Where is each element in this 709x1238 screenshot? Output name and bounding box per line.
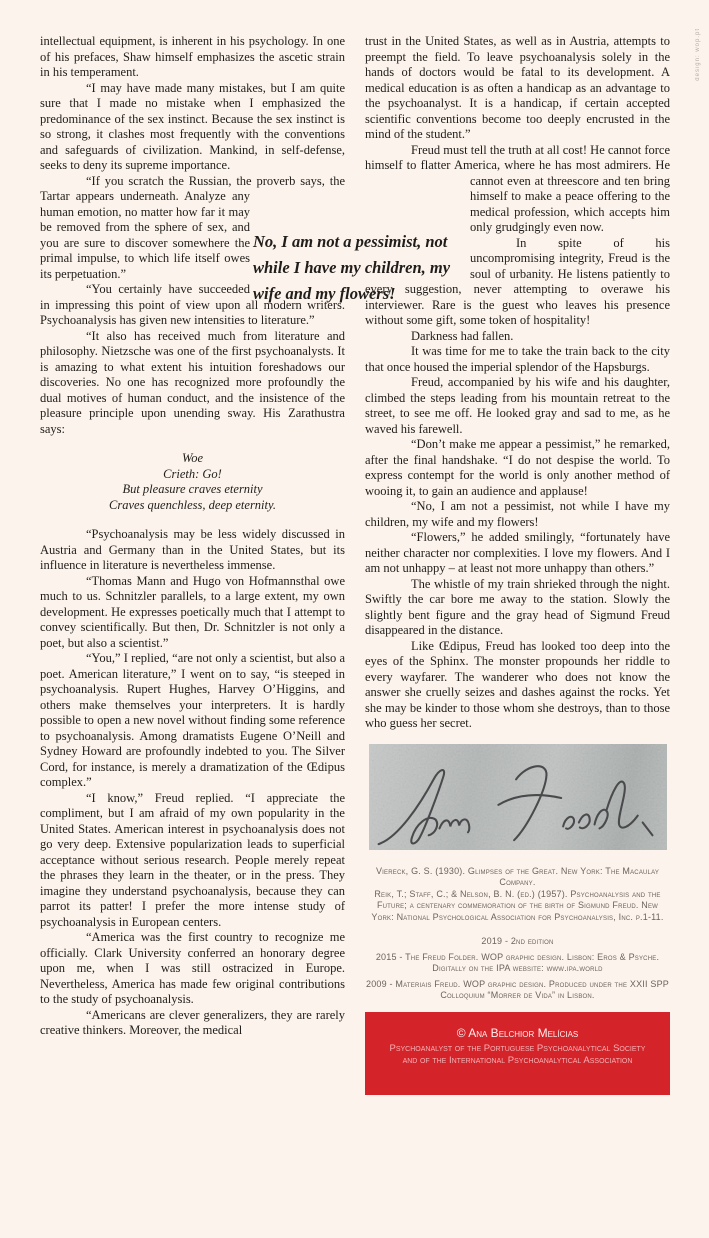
- edition-entry: 2019 - 2nd edition: [365, 936, 670, 948]
- body-paragraph: “I may have made many mistakes, but I am…: [40, 81, 345, 174]
- body-paragraph: “No, I am not a pessimist, not while I h…: [365, 499, 670, 530]
- citation-entry: Viereck, G. S. (1930). Glimpses of the G…: [367, 866, 668, 889]
- design-credit-vertical: design: wop.pt: [695, 28, 701, 81]
- edition-entry: 2015 - The Freud Folder. WOP graphic des…: [365, 952, 670, 975]
- body-paragraph: “Flowers,” he added smilingly, “fortunat…: [365, 530, 670, 577]
- body-paragraph: “America was the first country to recogn…: [40, 930, 345, 1008]
- right-column: trust in the United States, as well as i…: [365, 34, 670, 1095]
- body-paragraph: Freud, accompanied by his wife and his d…: [365, 375, 670, 437]
- magazine-page: intellectual equipment, is inherent in h…: [0, 0, 709, 1238]
- body-paragraph: trust in the United States, as well as i…: [365, 34, 670, 143]
- body-paragraph: “I know,” Freud replied. “I appreciate t…: [40, 791, 345, 931]
- two-column-layout: intellectual equipment, is inherent in h…: [0, 0, 709, 1095]
- body-paragraph: “Thomas Mann and Hugo von Hofmannsthal o…: [40, 574, 345, 652]
- body-paragraph: “Don’t make me appear a pessimist,” he r…: [365, 437, 670, 499]
- copyright-box: © Ana Belchior Melícias Psychoanalyst of…: [365, 1012, 670, 1095]
- copyright-author: © Ana Belchior Melícias: [381, 1026, 654, 1041]
- verse-line: Craves quenchless, deep eternity.: [40, 498, 345, 514]
- body-paragraph: Like Œdipus, Freud has looked too deep i…: [365, 639, 670, 732]
- paragraph-segment: “If you scratch the Russian, the proverb: [86, 174, 300, 188]
- verse-line: Crieth: Go!: [40, 467, 345, 483]
- pull-quote: No, I am not a pessimist, not while I ha…: [253, 229, 467, 307]
- verse-line: Woe: [40, 451, 345, 467]
- body-paragraph: “You,” I replied, “are not only a scient…: [40, 651, 345, 791]
- body-paragraph: It was time for me to take the train bac…: [365, 344, 670, 375]
- zarathustra-verse: Woe Crieth: Go! But pleasure craves eter…: [40, 451, 345, 513]
- body-paragraph: intellectual equipment, is inherent in h…: [40, 34, 345, 81]
- verse-line: But pleasure craves eternity: [40, 482, 345, 498]
- left-column: intellectual equipment, is inherent in h…: [40, 34, 345, 1095]
- body-paragraph: The whistle of my train shrieked through…: [365, 577, 670, 639]
- freud-signature-image: [369, 744, 667, 850]
- citation-entry: Reik, T.; Staff, C.; & Nelson, B. N. (ed…: [367, 889, 668, 924]
- edition-entry: 2009 - Materiais Freud. WOP graphic desi…: [365, 979, 670, 1002]
- reference-citations: Viereck, G. S. (1930). Glimpses of the G…: [365, 866, 670, 924]
- copyright-affiliation: Psychoanalyst of the Portuguese Psychoan…: [381, 1043, 654, 1067]
- body-paragraph: Darkness had fallen.: [365, 329, 670, 345]
- body-paragraph: “It also has received much from literatu…: [40, 329, 345, 438]
- edition-notes: 2019 - 2nd edition 2015 - The Freud Fold…: [365, 936, 670, 1002]
- body-paragraph: “Psychoanalysis may be less widely discu…: [40, 527, 345, 574]
- body-paragraph: Freud must tell the truth at all cost! H…: [365, 143, 670, 236]
- body-paragraph: “Americans are clever generalizers, they…: [40, 1008, 345, 1039]
